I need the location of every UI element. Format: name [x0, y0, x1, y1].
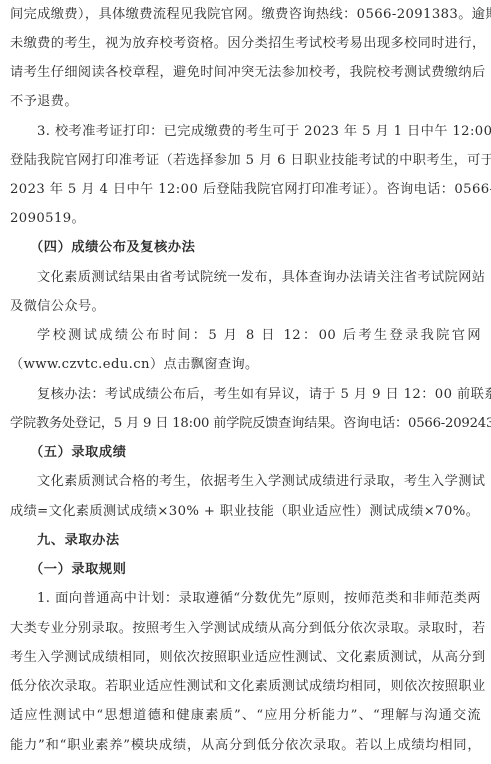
- paragraph-line: 考生入学测试成绩相同，则依次按照职业适应性测试、文化素质测试，从高分到: [10, 643, 481, 672]
- paragraph-line: 文化素质测试结果由省考试院统一发布，具体查询办法请关注省考试院网站: [37, 263, 481, 292]
- paragraph-line: 2023 年 5 月 4 日中午 12:00 后登陆我院官网打印准考证）。咨询电…: [10, 175, 481, 204]
- paragraph-line: 3. 校考准考证打印：已完成缴费的考生可于 2023 年 5 月 1 日中午 1…: [37, 117, 481, 146]
- paragraph-line: （www.czvtc.edu.cn）点击飘窗查询。: [10, 350, 481, 379]
- paragraph-line: 1. 面向普通高中计划：录取遵循“分数优先”原则，按师范类和非师范类两: [37, 584, 481, 613]
- paragraph-line: 复核办法：考试成绩公布后，考生如有异议，请于 5 月 9 日 12：00 前联系: [37, 380, 481, 409]
- paragraph-line: 大类专业分别录取。按照考生入学测试成绩从高分到低分依次录取。录取时，若: [10, 614, 481, 643]
- section-heading: （五）录取成绩: [30, 438, 481, 467]
- paragraph-line: 及微信公众号。: [10, 292, 481, 321]
- paragraph-line: 2090519。: [10, 204, 481, 233]
- paragraph-line: 低分依次录取。若职业适应性测试和文化素质测试成绩均相同，则依次按照职业: [10, 672, 481, 701]
- paragraph-line: 间完成缴费），具体缴费流程见我院官网。缴费咨询热线：0566-2091383。逾…: [10, 0, 481, 29]
- document-page: 间完成缴费），具体缴费流程见我院官网。缴费咨询热线：0566-2091383。逾…: [0, 0, 491, 764]
- section-heading: （一）录取规则: [30, 555, 481, 584]
- paragraph-line: 文化素质测试合格的考生，依据考生入学测试成绩进行录取，考生入学测试: [37, 467, 481, 496]
- paragraph-line: 能力”和“职业素养”模块成绩，从高分到低分依次录取。若以上成绩均相同，: [10, 731, 481, 760]
- paragraph-line: 学校测试成绩公布时间：5 月 8 日 12：00 后考生登录我院官网: [37, 321, 481, 350]
- chapter-heading: 九、录取办法: [37, 526, 481, 555]
- paragraph-line: 适应性测试中“思想道德和健康素质”、“应用分析能力”、“理解与沟通交流: [10, 701, 481, 730]
- paragraph-line: 请考生仔细阅读各校章程，避免时间冲突无法参加校考，我院校考测试费缴纳后: [10, 58, 481, 87]
- paragraph-line: 学院教务处登记，5 月 9 日 18:00 前学院反馈查询结果。咨询电话：056…: [10, 409, 481, 438]
- section-heading: （四）成绩公布及复核办法: [30, 233, 481, 262]
- paragraph-line: 未缴费的考生，视为放弃校考资格。因分类招生考试校考易出现多校同时进行，: [10, 29, 481, 58]
- paragraph-line: 不予退费。: [10, 87, 481, 116]
- paragraph-line: 登陆我院官网打印准考证（若选择参加 5 月 6 日职业技能考试的中职考生，可于: [10, 146, 481, 175]
- paragraph-line: 成绩=文化素质测试成绩×30% + 职业技能（职业适应性）测试成绩×70%。: [10, 497, 481, 526]
